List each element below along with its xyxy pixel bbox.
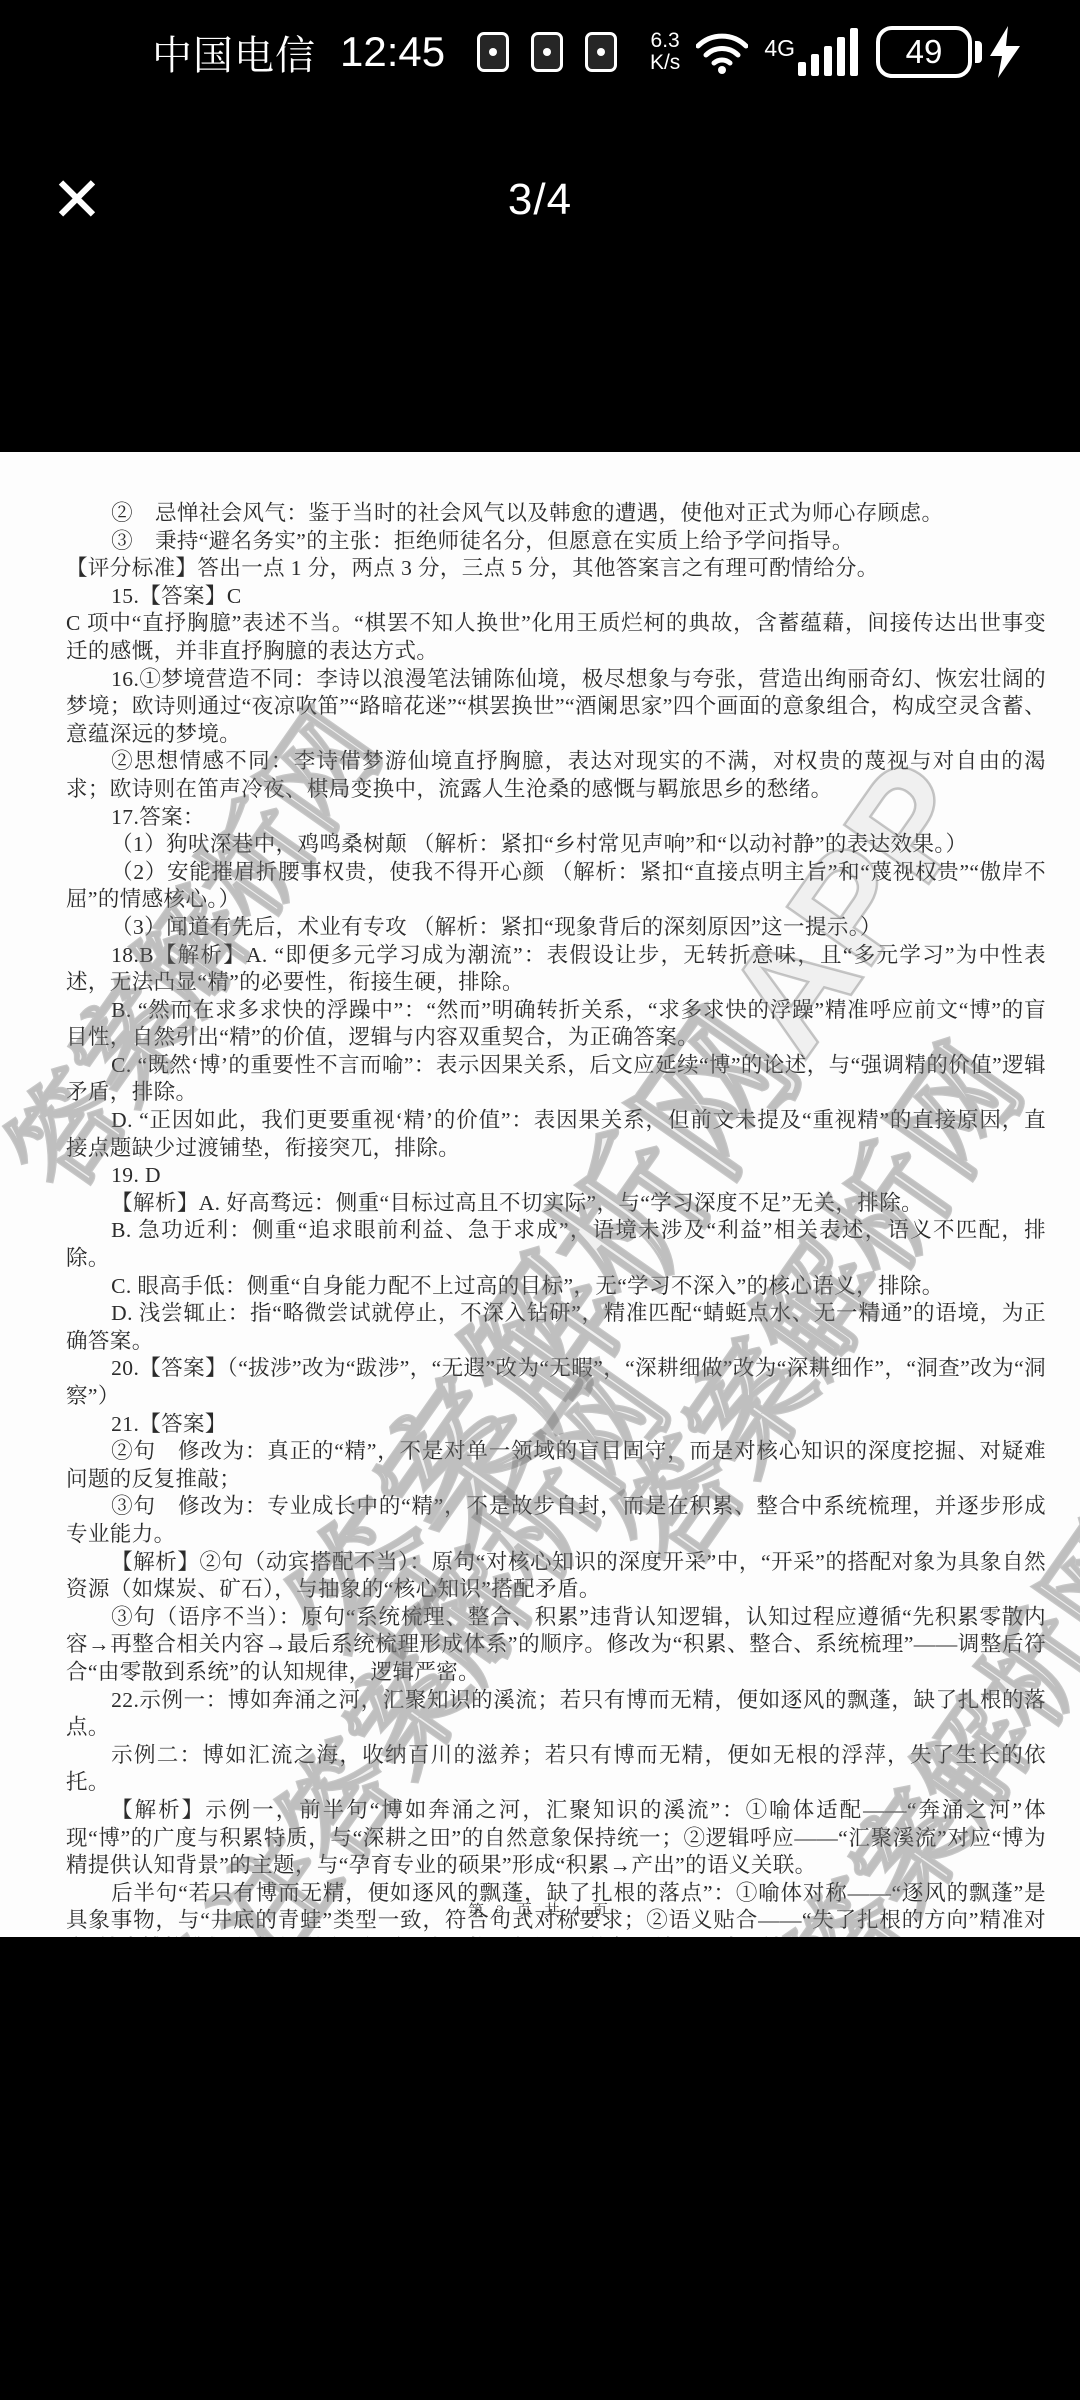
battery-indicator: 49 xyxy=(876,26,1020,78)
image-viewer-header: ✕ 3/4 xyxy=(0,150,1080,250)
page-indicator: 3/4 xyxy=(0,175,1080,225)
battery-percent: 49 xyxy=(876,26,972,78)
paragraph: 18.B【解析】A. “即便多元学习成为潮流”：表假设让步，无转折意味，且“多元… xyxy=(66,942,1046,997)
paragraph: C. 眼高手低：侧重“自身能力配不上过高的目标”，无“学习不深入”的核心语义，排… xyxy=(66,1273,1046,1301)
paragraph: （1）狗吠深巷中，鸡鸣桑树颠 （解析：紧扣“乡村常见声响”和“以动衬静”的表达效… xyxy=(66,831,1046,859)
paragraph: ③句（语序不当）：原句“系统梳理、整合、积累”违背认知逻辑，认知过程应遵循“先积… xyxy=(66,1604,1046,1687)
paragraph: 【解析】示例一，前半句“博如奔涌之河，汇聚知识的溪流”：①喻体适配——“奔涌之河… xyxy=(66,1797,1046,1880)
paragraph: 20.【答案】（“拔涉”改为“跋涉”，“无遐”改为“无暇”，“深耕细做”改为“深… xyxy=(66,1355,1046,1410)
charging-bolt-icon xyxy=(990,26,1020,78)
carrier-label: 中国电信 xyxy=(152,24,316,81)
paragraph: 【解析】A. 好高骛远：侧重“目标过高且不切实际”，与“学习深度不足”无关，排除… xyxy=(66,1190,1046,1218)
paragraph: ②思想情感不同：李诗借梦游仙境直抒胸臆，表达对现实的不满，对权贵的蔑视与对自由的… xyxy=(66,748,1046,803)
notification-icon xyxy=(531,32,563,72)
paragraph: ②句 修改为：真正的“精”，不是对单一领域的盲目固守，而是对核心知识的深度挖掘、… xyxy=(66,1438,1046,1493)
screen: { "status_bar": { "carrier": "中国电信", "ti… xyxy=(0,0,1080,2400)
paragraph: 示例二：博如汇流之海，收纳百川的滋养；若只有博而无精，便如无根的浮萍，失了生长的… xyxy=(66,1742,1046,1797)
paragraph: C. “既然‘博’的重要性不言而喻”：表示因果关系，后文应延续“博”的论述，与“… xyxy=(66,1052,1046,1107)
paragraph: B. “然而在求多求快的浮躁中”：“然而”明确转折关系，“求多求快的浮躁”精准呼… xyxy=(66,997,1046,1052)
paragraph: ③句 修改为：专业成长中的“精”，不是故步自封，而是在积累、整合中系统梳理，并逐… xyxy=(66,1493,1046,1548)
paragraph: 16.①梦境营造不同：李诗以浪漫笔法铺陈仙境，极尽想象与夸张，营造出绚丽奇幻、恢… xyxy=(66,666,1046,749)
paragraph: 17.答案： xyxy=(66,804,1046,832)
paragraph: C 项中“直抒胸臆”表述不当。“棋罢不知人换世”化用王质烂柯的典故，含蓄蕴藉，间… xyxy=(66,610,1046,665)
document-page[interactable]: ② 忌惮社会风气：鉴于当时的社会风气以及韩愈的遭遇，使他对正式为师心存顾虑。③ … xyxy=(0,452,1080,1937)
paragraph: B. 急功近利：侧重“追求眼前利益、急于求成”，语境未涉及“利益”相关表述，语义… xyxy=(66,1217,1046,1272)
paragraph: 【解析】②句（动宾搭配不当）：原句“对核心知识的深度开采”中，“开采”的搭配对象… xyxy=(66,1549,1046,1604)
clock-label: 12:45 xyxy=(340,28,445,76)
network-type-label: 4G xyxy=(764,35,795,62)
paragraph: （3）闻道有先后，术业有专攻 （解析：紧扣“现象背后的深刻原因”这一提示。） xyxy=(66,914,1046,942)
battery-cap xyxy=(975,41,982,63)
paragraph: （2）安能摧眉折腰事权贵，使我不得开心颜 （解析：紧扣“直接点明主旨”和“蔑视权… xyxy=(66,859,1046,914)
paragraph: 19. D xyxy=(66,1162,1046,1190)
notification-icons xyxy=(477,32,617,72)
paragraph: ③ 秉持“避名务实”的主张：拒绝师徒名分，但愿意在实质上给予学问指导。 xyxy=(66,528,1046,556)
notification-icon xyxy=(477,32,509,72)
wifi-icon xyxy=(696,30,748,74)
paragraph: 15.【答案】C xyxy=(66,583,1046,611)
network-speed-value: 6.3 xyxy=(651,29,680,52)
status-bar: 中国电信 12:45 6.3 K/s 4G xyxy=(0,0,1080,104)
network-speed-unit: K/s xyxy=(650,51,680,74)
signal-strength-icon: 4G xyxy=(764,28,860,76)
paragraph: D. “正因如此，我们更要重视‘精’的价值”：表因果关系，但前文未提及“重视精”… xyxy=(66,1107,1046,1162)
paragraph: 22.示例一：博如奔涌之河，汇聚知识的溪流；若只有博而无精，便如逐风的飘蓬，缺了… xyxy=(66,1687,1046,1742)
notification-icon xyxy=(585,32,617,72)
paragraph: ② 忌惮社会风气：鉴于当时的社会风气以及韩愈的遭遇，使他对正式为师心存顾虑。 xyxy=(66,500,1046,528)
paragraph: 【评分标准】答出一点 1 分，两点 3 分，三点 5 分，其他答案言之有理可酌情… xyxy=(66,555,1046,583)
paragraph: D. 浅尝辄止：指“略微尝试就停止，不深入钻研”，精准匹配“蜻蜓点水、无一精通”… xyxy=(66,1300,1046,1355)
network-speed: 6.3 K/s xyxy=(650,30,680,74)
page-footer: 第 3 页 共 4 页 xyxy=(0,1898,1080,1921)
document-body: ② 忌惮社会风气：鉴于当时的社会风气以及韩愈的遭遇，使他对正式为师心存顾虑。③ … xyxy=(0,452,1080,1937)
paragraph: 21.【答案】 xyxy=(66,1411,1046,1439)
